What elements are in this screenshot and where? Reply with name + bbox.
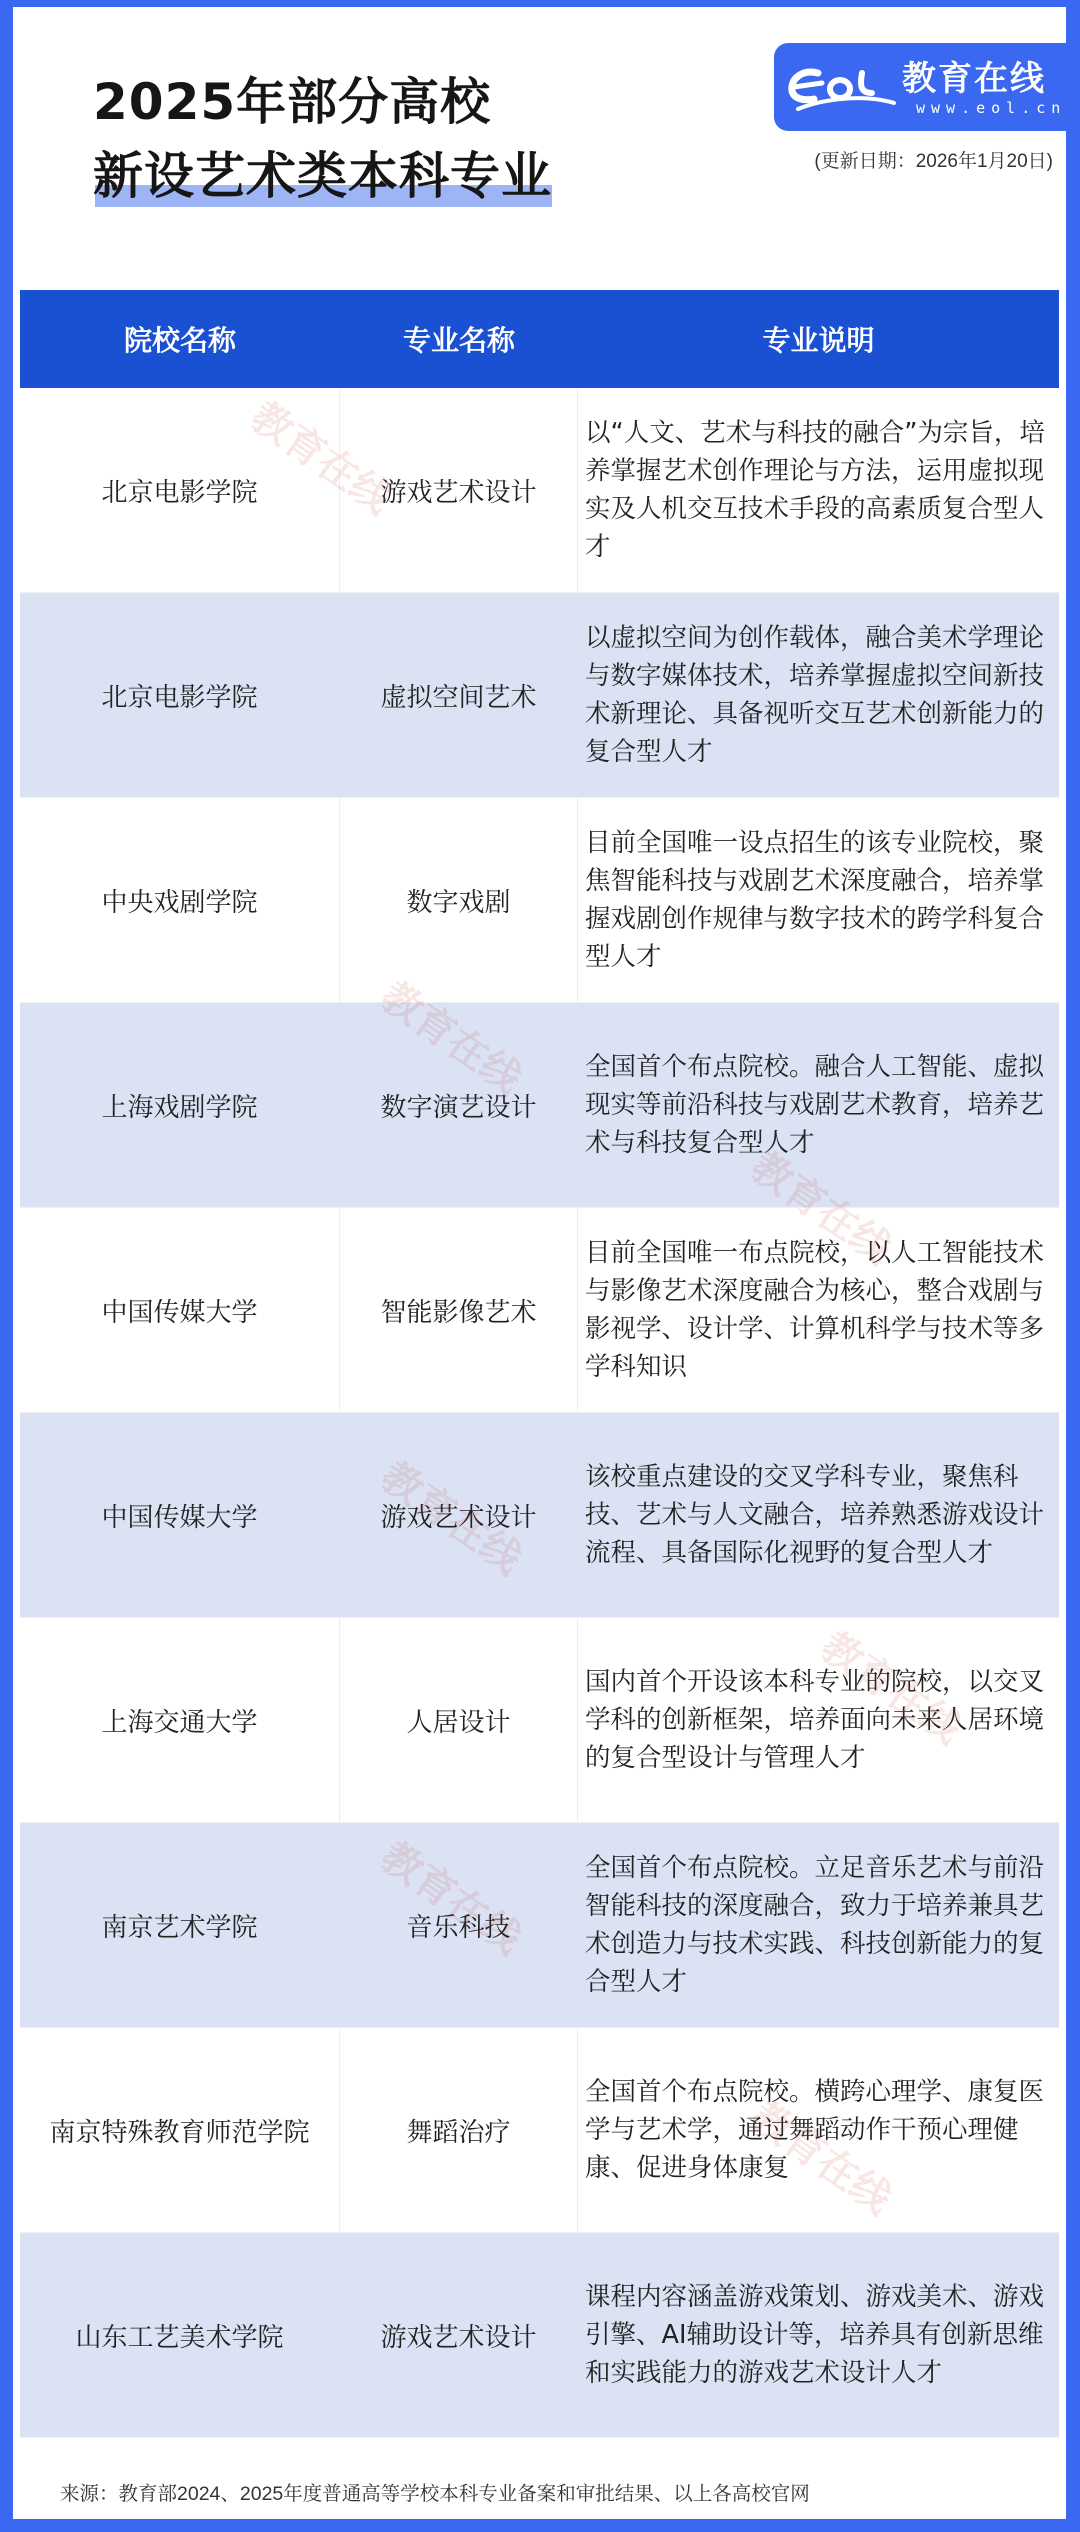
column-header-description: 专业说明	[578, 319, 1059, 359]
school-cell: 北京电影学院	[20, 593, 340, 797]
school-cell: 南京艺术学院	[20, 1823, 340, 2027]
eol-mark-icon	[788, 63, 896, 115]
description-cell: 课程内容涵盖游戏策划、游戏美术、游戏引擎、AI辅助设计等，培养具有创新思维和实践…	[578, 2233, 1059, 2437]
major-cell: 人居设计	[340, 1618, 578, 1822]
school-cell: 中国传媒大学	[20, 1208, 340, 1412]
infographic-panel: 2025年部分高校 新设艺术类本科专业 教育在线 www.eol.cn (更新日…	[13, 7, 1066, 2519]
description-cell: 目前全国唯一布点院校，以人工智能技术与影像艺术深度融合为核心，整合戏剧与影视学、…	[578, 1208, 1059, 1412]
table-row: 南京特殊教育师范学院 舞蹈治疗 全国首个布点院校。横跨心理学、康复医学与艺术学，…	[20, 2028, 1059, 2233]
page-title: 2025年部分高校 新设艺术类本科专业	[93, 65, 552, 213]
description-cell: 全国首个布点院校。立足音乐艺术与前沿智能科技的深度融合，致力于培养兼具艺术创造力…	[578, 1823, 1059, 2027]
school-cell: 中国传媒大学	[20, 1413, 340, 1617]
table-header: 院校名称 专业名称 专业说明	[20, 290, 1059, 388]
logo-brand-text: 教育在线	[902, 51, 1046, 100]
description-cell: 以“人文、艺术与科技的融合”为宗旨，培养掌握艺术创作理论与方法，运用虚拟现实及人…	[578, 388, 1059, 592]
school-cell: 上海交通大学	[20, 1618, 340, 1822]
table-row: 上海戏剧学院 数字演艺设计 全国首个布点院校。融合人工智能、虚拟现实等前沿科技与…	[20, 1003, 1059, 1208]
table-row: 中央戏剧学院 数字戏剧 目前全国唯一设点招生的该专业院校，聚焦智能科技与戏剧艺术…	[20, 798, 1059, 1003]
table-row: 山东工艺美术学院 游戏艺术设计 课程内容涵盖游戏策划、游戏美术、游戏引擎、AI辅…	[20, 2233, 1059, 2438]
major-cell: 数字演艺设计	[340, 1003, 578, 1207]
table-row: 北京电影学院 游戏艺术设计 以“人文、艺术与科技的融合”为宗旨，培养掌握艺术创作…	[20, 388, 1059, 593]
major-cell: 音乐科技	[340, 1823, 578, 2027]
school-cell: 上海戏剧学院	[20, 1003, 340, 1207]
school-cell: 中央戏剧学院	[20, 798, 340, 1002]
school-cell: 南京特殊教育师范学院	[20, 2028, 340, 2232]
description-cell: 该校重点建设的交叉学科专业，聚焦科技、艺术与人文融合，培养熟悉游戏设计流程、具备…	[578, 1413, 1059, 1617]
update-date: (更新日期：2026年1月20日)	[814, 146, 1053, 173]
description-cell: 国内首个开设该本科专业的院校，以交叉学科的创新框架，培养面向未来人居环境的复合型…	[578, 1618, 1059, 1822]
table-row: 中国传媒大学 游戏艺术设计 该校重点建设的交叉学科专业，聚焦科技、艺术与人文融合…	[20, 1413, 1059, 1618]
table-row: 北京电影学院 虚拟空间艺术 以虚拟空间为创作载体，融合美术学理论与数字媒体技术，…	[20, 593, 1059, 798]
eol-logo: 教育在线 www.eol.cn	[774, 43, 1066, 131]
description-cell: 全国首个布点院校。融合人工智能、虚拟现实等前沿科技与戏剧艺术教育，培养艺术与科技…	[578, 1003, 1059, 1207]
table-row: 上海交通大学 人居设计 国内首个开设该本科专业的院校，以交叉学科的创新框架，培养…	[20, 1618, 1059, 1823]
major-cell: 智能影像艺术	[340, 1208, 578, 1412]
logo-url-text: www.eol.cn	[916, 99, 1066, 117]
description-cell: 以虚拟空间为创作载体，融合美术学理论与数字媒体技术，培养掌握虚拟空间新技术新理论…	[578, 593, 1059, 797]
major-cell: 游戏艺术设计	[340, 388, 578, 592]
table-row: 中国传媒大学 智能影像艺术 目前全国唯一布点院校，以人工智能技术与影像艺术深度融…	[20, 1208, 1059, 1413]
column-header-school: 院校名称	[20, 319, 340, 359]
major-cell: 游戏艺术设计	[340, 2233, 578, 2437]
major-cell: 舞蹈治疗	[340, 2028, 578, 2232]
source-footnote: 来源：教育部2024、2025年度普通高等学校本科专业备案和审批结果、以上各高校…	[60, 2478, 810, 2506]
major-cell: 游戏艺术设计	[340, 1413, 578, 1617]
school-cell: 山东工艺美术学院	[20, 2233, 340, 2437]
column-header-major: 专业名称	[340, 319, 578, 359]
description-cell: 全国首个布点院校。横跨心理学、康复医学与艺术学，通过舞蹈动作干预心理健康、促进身…	[578, 2028, 1059, 2232]
majors-table: 院校名称 专业名称 专业说明 北京电影学院 游戏艺术设计 以“人文、艺术与科技的…	[20, 290, 1059, 2438]
school-cell: 北京电影学院	[20, 388, 340, 592]
description-cell: 目前全国唯一设点招生的该专业院校，聚焦智能科技与戏剧艺术深度融合，培养掌握戏剧创…	[578, 798, 1059, 1002]
major-cell: 虚拟空间艺术	[340, 593, 578, 797]
title-line-2: 新设艺术类本科专业	[93, 147, 552, 205]
title-line-1: 2025年部分高校	[93, 65, 552, 139]
major-cell: 数字戏剧	[340, 798, 578, 1002]
table-row: 南京艺术学院 音乐科技 全国首个布点院校。立足音乐艺术与前沿智能科技的深度融合，…	[20, 1823, 1059, 2028]
